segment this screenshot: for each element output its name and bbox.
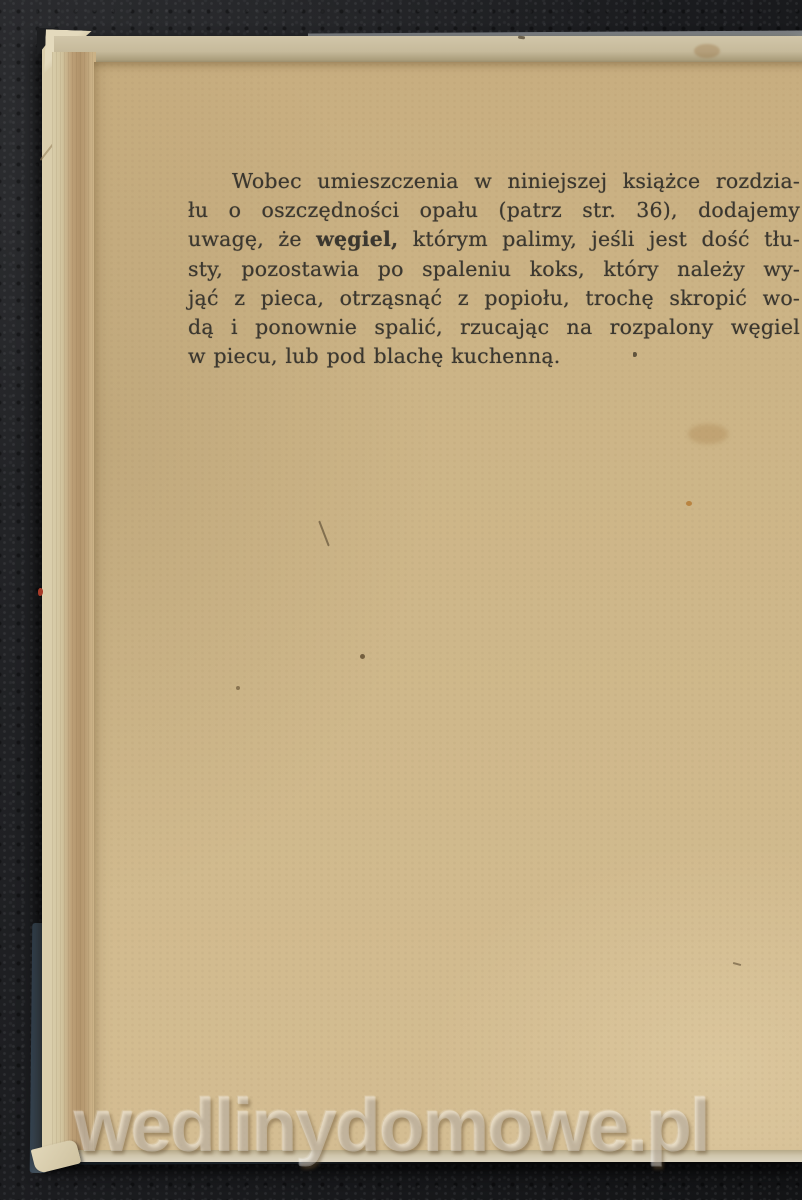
paper-speck	[686, 501, 692, 506]
text-line-5: jąć z pieca, otrząsnąć z popiołu, trochę…	[188, 284, 800, 313]
paragraph: Wobec umieszczenia w niniejszej książce …	[188, 167, 800, 371]
text-line-7: w piecu, lub pod blachę kuchenną.	[188, 342, 800, 371]
page-top-edge	[54, 36, 802, 64]
stain-smudge-top	[694, 44, 720, 58]
text-line-2: łu o oszczędności opału (patrz str. 36),…	[188, 196, 800, 225]
watermark: wedlinydomowe.pl	[74, 1082, 709, 1168]
scanned-book-photo: Wobec umieszczenia w niniejszej książce …	[0, 0, 802, 1200]
page-fore-edge	[52, 52, 96, 1152]
text-line-3: uwagę, że węgiel, którym palimy, jeśli j…	[188, 225, 800, 254]
text-line-6: dą i ponownie spalić, rzucając na rozpal…	[188, 313, 800, 342]
text-line-4: sty, pozostawia po spaleniu koks, który …	[188, 255, 800, 284]
stain-smudge	[688, 424, 728, 444]
text-line-1: Wobec umieszczenia w niniejszej książce …	[188, 167, 800, 196]
text-line-3-post: którym palimy, jeśli jest dość tłu-	[398, 227, 800, 251]
text-line-3-pre: uwagę, że	[188, 227, 316, 251]
paper-speck	[360, 654, 365, 659]
bold-word: węgiel,	[316, 227, 398, 251]
paper-speck	[236, 686, 240, 690]
